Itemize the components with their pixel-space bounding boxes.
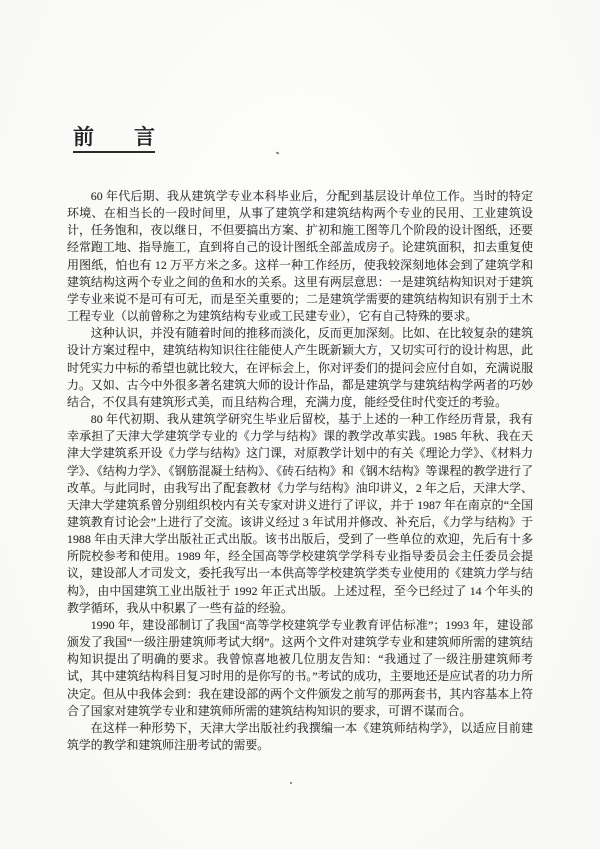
- scan-speck: [290, 782, 292, 784]
- preface-paragraph: 80 年代初期、我从建筑学研究生毕业后留校，基于上述的一种工作经历背景，我有幸承…: [67, 411, 533, 617]
- page-title: 前 言: [73, 127, 155, 153]
- preface-paragraph: 1990 年，建设部制订了我国“高等学校建筑学专业教育评估标准”；1993 年，…: [67, 617, 533, 720]
- page-title-char-left: 前: [73, 127, 94, 148]
- scanned-preface-page: 前 言 60 年代后期、我从建筑学专业本科毕业后，分配到基层设计单位工作。当时的…: [0, 0, 600, 849]
- preface-paragraph: 在这样一种形势下，天津大学出版社约我撰编一本《建筑师结构学》，以适应目前建筑学的…: [67, 720, 533, 754]
- preface-paragraph: 60 年代后期、我从建筑学专业本科毕业后，分配到基层设计单位工作。当时的特定环境…: [67, 188, 533, 325]
- preface-body: 60 年代后期、我从建筑学专业本科毕业后，分配到基层设计单位工作。当时的特定环境…: [67, 188, 533, 754]
- scan-speck: [276, 151, 280, 154]
- page-title-char-right: 言: [134, 127, 155, 148]
- preface-paragraph: 这种认识，并没有随着时间的推移而淡化，反而更加深刻。比如、在比较复杂的建筑设计方…: [67, 325, 533, 411]
